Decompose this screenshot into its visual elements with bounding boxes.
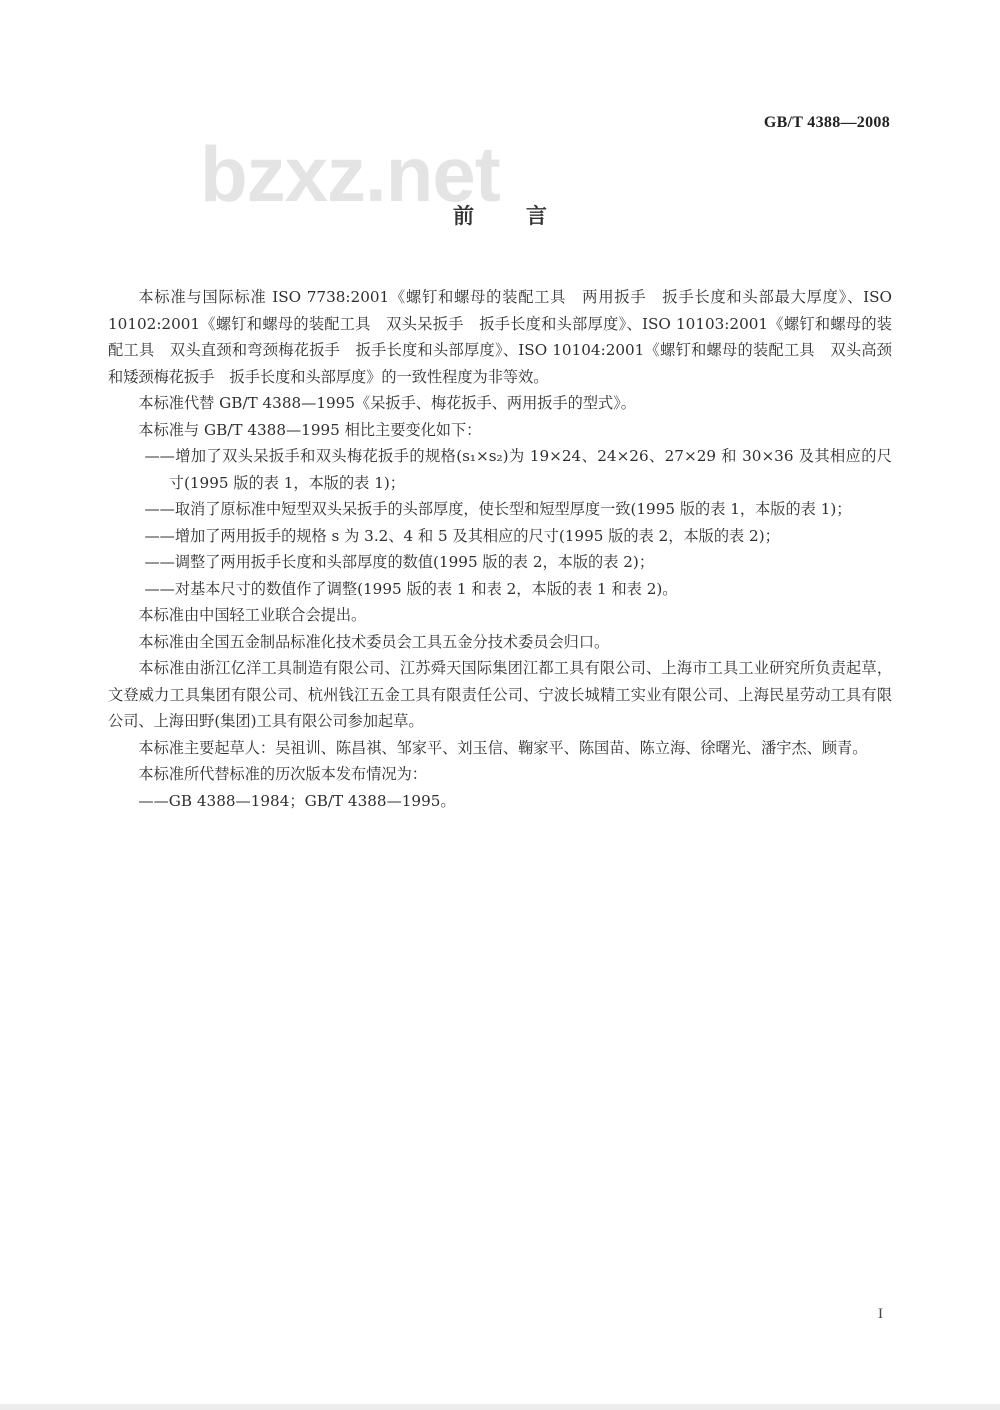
paragraph-history-intro: 本标准所代替标准的历次版本发布情况为： [108,761,892,788]
change-item: ——调整了两用扳手长度和头部厚度的数值(1995 版的表 2，本版的表 2)； [138,549,892,576]
change-item: ——对基本尺寸的数值作了调整(1995 版的表 1 和表 2，本版的表 1 和表… [138,576,892,603]
change-item: ——增加了两用扳手的规格 s 为 3.2、4 和 5 及其相应的尺寸(1995 … [138,523,892,550]
paragraph-changes-intro: 本标准与 GB/T 4388—1995 相比主要变化如下： [108,417,892,444]
standard-number: GB/T 4388—2008 [764,114,890,132]
page-title: 前言 [0,200,1000,230]
paragraph-centralized-by: 本标准由全国五金制品标准化技术委员会工具五金分技术委员会归口。 [108,629,892,656]
foreword-body: 本标准与国际标准 ISO 7738:2001《螺钉和螺母的装配工具 两用扳手 扳… [108,284,892,814]
history-item: ——GB 4388—1984；GB/T 4388—1995。 [108,788,892,815]
paragraph-iso-consistency: 本标准与国际标准 ISO 7738:2001《螺钉和螺母的装配工具 两用扳手 扳… [108,284,892,390]
paragraph-replaces: 本标准代替 GB/T 4388—1995《呆扳手、梅花扳手、两用扳手的型式》。 [108,390,892,417]
change-item: ——增加了双头呆扳手和双头梅花扳手的规格(s₁×s₂)为 19×24、24×26… [138,443,892,496]
paragraph-drafting-units: 本标准由浙江亿洋工具制造有限公司、江苏舜天国际集团江都工具有限公司、上海市工具工… [108,655,892,735]
page-edge [0,1404,1000,1410]
change-item: ——取消了原标准中短型双头呆扳手的头部厚度，使长型和短型厚度一致(1995 版的… [138,496,892,523]
paragraph-proposed-by: 本标准由中国轻工业联合会提出。 [108,602,892,629]
paragraph-drafters: 本标准主要起草人：吴祖训、陈昌祺、邹家平、刘玉信、鞠家平、陈国苗、陈立海、徐曙光… [108,735,892,762]
page-number: I [878,1306,883,1323]
